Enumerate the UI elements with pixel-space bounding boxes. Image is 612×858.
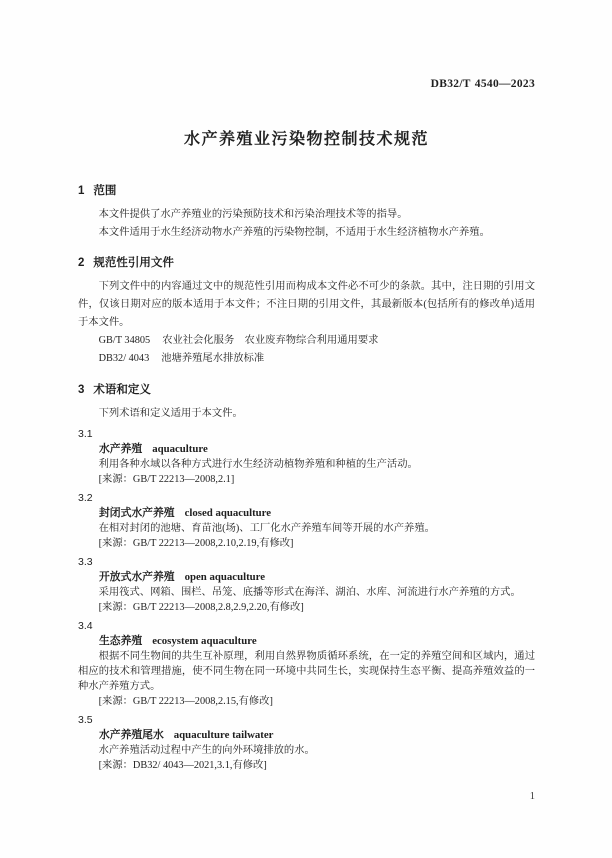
term-name-en: open aquaculture <box>185 571 266 583</box>
section-1-heading: 1范围 <box>78 184 535 198</box>
term-name-en: aquaculture tailwater <box>174 729 274 741</box>
term-heading: 开放式水产养殖open aquaculture <box>99 570 535 585</box>
term-block-3-4: 3.4 生态养殖ecosystem aquaculture 根据不同生物间的共生… <box>78 619 535 709</box>
term-definition: 在相对封闭的池塘、育苗池(场)、工厂化水产养殖车间等开展的水产养殖。 <box>78 521 535 536</box>
term-block-3-2: 3.2 封闭式水产养殖closed aquaculture 在相对封闭的池塘、育… <box>78 491 535 551</box>
reference-code: GB/T 34805 <box>99 335 151 346</box>
term-heading: 水产养殖尾水aquaculture tailwater <box>99 728 535 743</box>
document-title: 水产养殖业污染物控制技术规范 <box>78 130 535 150</box>
section-2-heading: 2规范性引用文件 <box>78 256 535 270</box>
term-id: 3.3 <box>78 555 535 570</box>
term-heading: 生态养殖ecosystem aquaculture <box>99 634 535 649</box>
term-id: 3.1 <box>78 427 535 442</box>
reference-item: GB/T 34805农业社会化服务 农业废弃物综合利用通用要求 <box>78 332 535 350</box>
term-name-zh: 水产养殖 <box>99 443 142 455</box>
section-3-number: 3 <box>78 383 84 397</box>
term-heading: 水产养殖aquaculture <box>99 442 535 457</box>
terms-intro-paragraph: 下列术语和定义适用于本文件。 <box>78 405 535 423</box>
standard-number-prefix: DB32/T <box>431 78 471 90</box>
term-source: [来源：GB/T 22213—2008,2.15,有修改] <box>78 694 535 709</box>
term-id: 3.4 <box>78 619 535 634</box>
term-id: 3.5 <box>78 713 535 728</box>
standard-number-suffix: 4540—2023 <box>475 78 535 90</box>
section-normative-references: 2规范性引用文件 下列文件中的内容通过文中的规范性引用而构成本文件必不可少的条款… <box>78 256 535 368</box>
section-1-title: 范围 <box>93 185 116 197</box>
standard-document-page: DB32/T4540—2023 水产养殖业污染物控制技术规范 1范围 本文件提供… <box>0 0 612 858</box>
terms-list: 3.1 水产养殖aquaculture 利用各种水域以各种方式进行水生经济动植物… <box>78 427 535 773</box>
term-source: [来源：GB/T 22213—2008,2.8,2.9,2.20,有修改] <box>78 600 535 615</box>
references-intro-paragraph: 下列文件中的内容通过文中的规范性引用而构成本文件必不可少的条款。其中，注日期的引… <box>78 278 535 332</box>
term-name-en: aquaculture <box>152 443 208 455</box>
page-number: 1 <box>530 791 535 803</box>
term-name-zh: 封闭式水产养殖 <box>99 507 175 519</box>
term-source: [来源：GB/T 22213—2008,2.10,2.19,有修改] <box>78 536 535 551</box>
section-1-number: 1 <box>78 184 84 198</box>
section-3-heading: 3术语和定义 <box>78 383 535 397</box>
term-block-3-1: 3.1 水产养殖aquaculture 利用各种水域以各种方式进行水生经济动植物… <box>78 427 535 487</box>
term-definition: 利用各种水域以各种方式进行水生经济动植物养殖和种植的生产活动。 <box>78 457 535 472</box>
scope-paragraph-2: 本文件适用于水生经济动物水产养殖的污染物控制，不适用于水生经济植物水产养殖。 <box>78 224 535 242</box>
term-name-en: closed aquaculture <box>185 507 271 519</box>
term-definition: 根据不同生物间的共生互补原理，利用自然界物质循环系统，在一定的养殖空间和区域内，… <box>78 649 535 694</box>
section-scope: 1范围 本文件提供了水产养殖业的污染预防技术和污染治理技术等的指导。 本文件适用… <box>78 184 535 242</box>
term-id: 3.2 <box>78 491 535 506</box>
section-2-title: 规范性引用文件 <box>93 257 174 269</box>
section-3-title: 术语和定义 <box>93 384 151 396</box>
term-definition: 采用筏式、网箱、围栏、吊笼、底播等形式在海洋、湖泊、水库、河流进行水产养殖的方式… <box>78 585 535 600</box>
term-block-3-5: 3.5 水产养殖尾水aquaculture tailwater 水产养殖活动过程… <box>78 713 535 773</box>
term-definition: 水产养殖活动过程中产生的向外环境排放的水。 <box>78 743 535 758</box>
section-2-number: 2 <box>78 256 84 270</box>
reference-item: DB32/ 4043池塘养殖尾水排放标准 <box>78 350 535 368</box>
reference-title: 农业社会化服务 农业废弃物综合利用通用要求 <box>162 335 378 346</box>
term-name-zh: 开放式水产养殖 <box>99 571 175 583</box>
reference-code: DB32/ 4043 <box>99 353 150 364</box>
term-heading: 封闭式水产养殖closed aquaculture <box>99 506 535 521</box>
reference-title: 池塘养殖尾水排放标准 <box>161 353 264 364</box>
term-block-3-3: 3.3 开放式水产养殖open aquaculture 采用筏式、网箱、围栏、吊… <box>78 555 535 615</box>
term-name-en: ecosystem aquaculture <box>152 635 256 647</box>
term-source: [来源：DB32/ 4043—2021,3.1,有修改] <box>78 758 535 773</box>
standard-number: DB32/T4540—2023 <box>78 78 535 91</box>
term-name-zh: 水产养殖尾水 <box>99 729 164 741</box>
scope-paragraph-1: 本文件提供了水产养殖业的污染预防技术和污染治理技术等的指导。 <box>78 206 535 224</box>
term-name-zh: 生态养殖 <box>99 635 142 647</box>
term-source: [来源：GB/T 22213—2008,2.1] <box>78 472 535 487</box>
section-terms-definitions: 3术语和定义 下列术语和定义适用于本文件。 3.1 水产养殖aquacultur… <box>78 383 535 773</box>
